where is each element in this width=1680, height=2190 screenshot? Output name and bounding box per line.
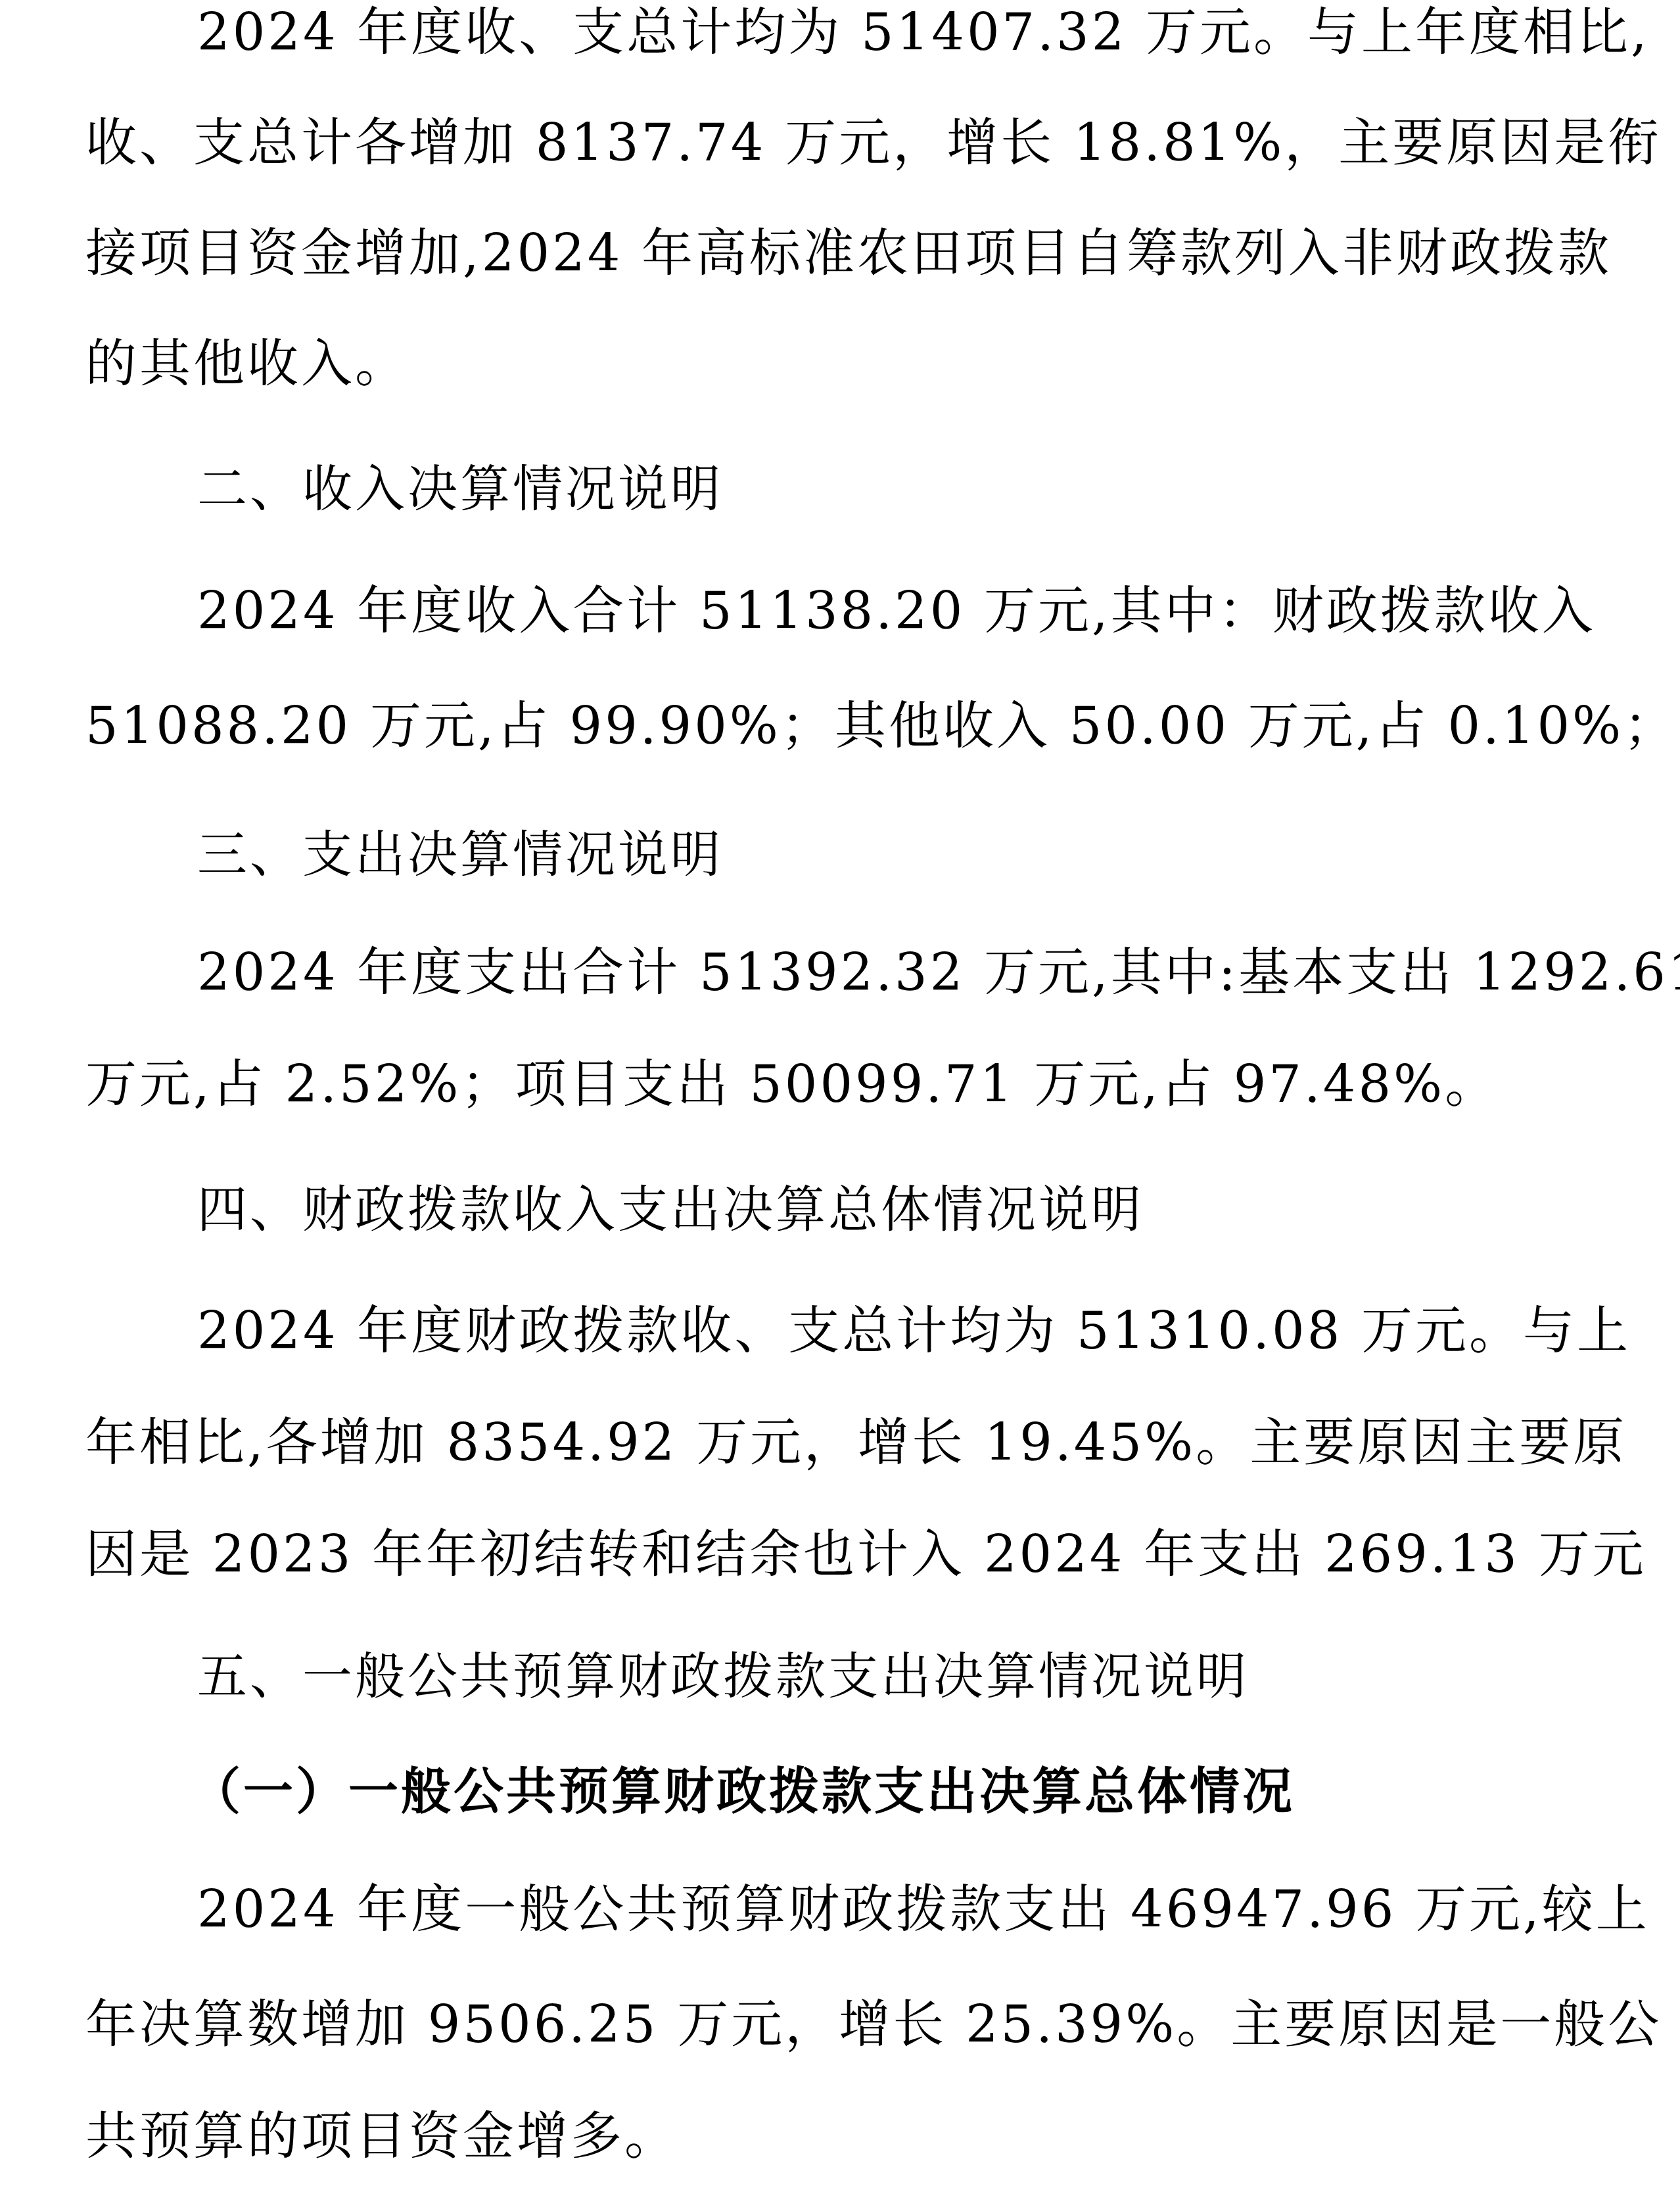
paragraph-1-line-2: 收、支总计各增加 8137.74 万元，增长 18.81%，主要原因是衔: [85, 110, 1662, 176]
section-5-heading: 五、一般公共预算财政拨款支出决算情况说明: [197, 1644, 1249, 1709]
section-5-subsection-1-line-2: 年决算数增加 9506.25 万元，增长 25.39%。主要原因是一般公: [85, 1992, 1662, 2058]
section-2-line-2: 51088.20 万元,占 99.90%；其他收入 50.00 万元,占 0.1…: [85, 694, 1677, 759]
section-5-subsection-1-line-3: 共预算的项目资金增多。: [85, 2104, 678, 2170]
section-5-subsection-1-heading: （一）一般公共预算财政拨款支出决算总体情况: [191, 1759, 1295, 1824]
section-2-heading: 二、收入决算情况说明: [197, 456, 723, 522]
section-4-line-2: 年相比,各增加 8354.92 万元，增长 19.45%。主要原因主要原: [85, 1410, 1627, 1476]
section-4-line-3: 因是 2023 年年初结转和结余也计入 2024 年支出 269.13 万元: [85, 1522, 1646, 1588]
paragraph-1-line-4: 的其他收入。: [85, 331, 409, 397]
paragraph-1-line-3: 接项目资金增加,2024 年高标准农田项目自筹款列入非财政拨款: [85, 221, 1612, 287]
section-3-line-1: 2024 年度支出合计 51392.32 万元,其中:基本支出 1292.61: [197, 940, 1680, 1006]
section-5-subsection-1-line-1: 2024 年度一般公共预算财政拨款支出 46947.96 万元,较上: [197, 1877, 1650, 1943]
document-page: 2024 年度收、支总计均为 51407.32 万元。与上年度相比, 收、支总计…: [0, 0, 1680, 2190]
section-2-line-1: 2024 年度收入合计 51138.20 万元,其中：财政拨款收入: [197, 579, 1596, 644]
paragraph-1-line-1: 2024 年度收、支总计均为 51407.32 万元。与上年度相比,: [197, 0, 1650, 66]
section-4-line-1: 2024 年度财政拨款收、支总计均为 51310.08 万元。与上: [197, 1298, 1631, 1364]
section-4-heading: 四、财政拨款收入支出决算总体情况说明: [197, 1177, 1144, 1243]
section-3-line-2: 万元,占 2.52%；项目支出 50099.71 万元,占 97.48%。: [85, 1052, 1499, 1118]
section-3-heading: 三、支出决算情况说明: [197, 822, 723, 888]
